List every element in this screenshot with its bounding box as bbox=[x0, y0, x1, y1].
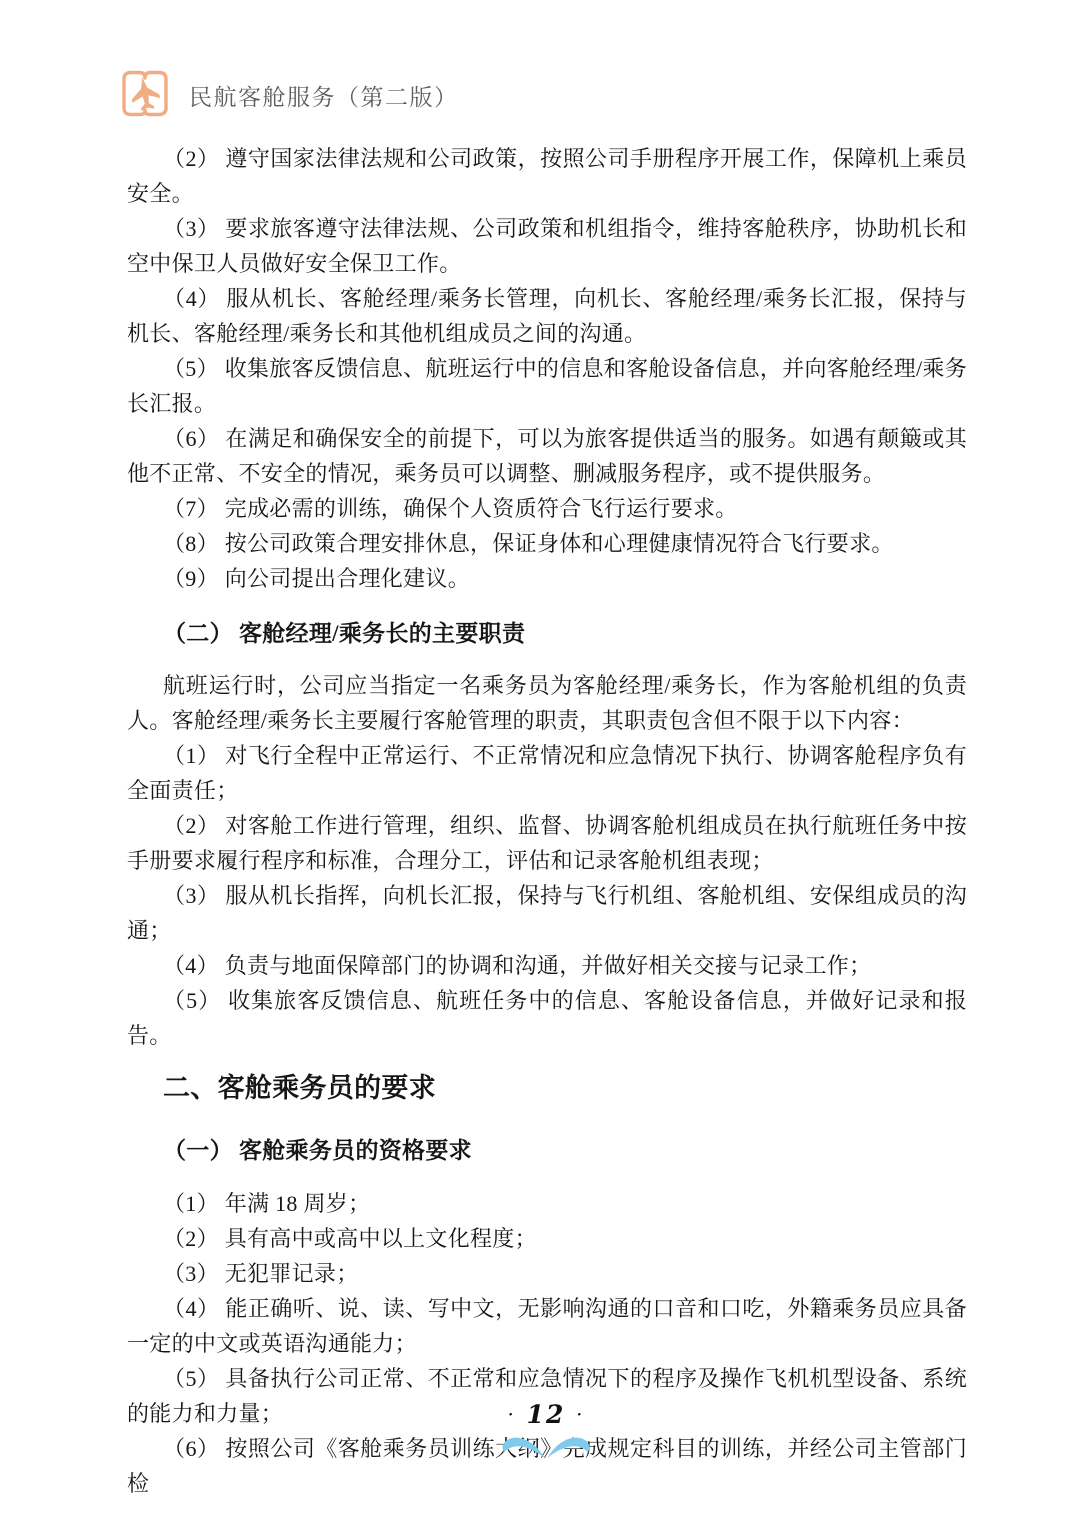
body-paragraph: （6） 在满足和确保安全的前提下，可以为旅客提供适当的服务。如遇有颠簸或其他不正… bbox=[127, 421, 967, 491]
body-paragraph: （5） 收集旅客反馈信息、航班任务中的信息、客舱设备信息，并做好记录和报告。 bbox=[127, 983, 967, 1053]
wing-swoosh-icon bbox=[496, 1430, 596, 1460]
body-paragraph: （3） 无犯罪记录； bbox=[127, 1256, 967, 1291]
footer-ornament bbox=[0, 1430, 1092, 1465]
page-number-right-dot: · bbox=[576, 1402, 584, 1426]
body-paragraph: （9） 向公司提出合理化建议。 bbox=[127, 561, 967, 596]
body-paragraph: （4） 能正确听、说、读、写中文，无影响沟通的口音和口吃，外籍乘务员应具备一定的… bbox=[127, 1291, 967, 1361]
textbook-page: { "header": { "title": "民航客舱服务（第二版）" }, … bbox=[0, 0, 1092, 1535]
page-header: 民航客舱服务（第二版） bbox=[116, 68, 459, 122]
body-paragraph: （1） 年满 18 周岁； bbox=[127, 1186, 967, 1221]
body-paragraph: （5） 收集旅客反馈信息、航班运行中的信息和客舱设备信息，并向客舱经理/乘务长汇… bbox=[127, 351, 967, 421]
page-number-left-dot: · bbox=[508, 1402, 516, 1426]
body-paragraph: （1） 对飞行全程中正常运行、不正常情况和应急情况下执行、协调客舱程序负有全面责… bbox=[127, 738, 967, 808]
body-paragraph: （4） 负责与地面保障部门的协调和沟通，并做好相关交接与记录工作； bbox=[127, 948, 967, 983]
body-paragraph: （2） 遵守国家法律法规和公司政策，按照公司手册程序开展工作，保障机上乘员安全。 bbox=[127, 141, 967, 211]
book-airplane-logo bbox=[116, 68, 174, 122]
body-paragraph: （2） 对客舱工作进行管理，组织、监督、协调客舱机组成员在执行航班任务中按手册要… bbox=[127, 808, 967, 878]
body-paragraph: （8） 按公司政策合理安排休息，保证身体和心理健康情况符合飞行要求。 bbox=[127, 526, 967, 561]
page-footer: · 12 · bbox=[0, 1400, 1092, 1465]
body-paragraph: 航班运行时，公司应当指定一名乘务员为客舱经理/乘务长，作为客舱机组的负责人。客舱… bbox=[127, 668, 967, 738]
body-paragraph: （4） 服从机长、客舱经理/乘务长管理，向机长、客舱经理/乘务长汇报，保持与机长… bbox=[127, 281, 967, 351]
body-paragraph: （3） 要求旅客遵守法律法规、公司政策和机组指令，维持客舱秩序，协助机长和空中保… bbox=[127, 211, 967, 281]
page-number: · 12 · bbox=[0, 1400, 1092, 1429]
body-paragraph: （3） 服从机长指挥，向机长汇报，保持与飞行机组、客舱机组、安保组成员的沟通； bbox=[127, 878, 967, 948]
body-paragraph: （7） 完成必需的训练，确保个人资质符合飞行运行要求。 bbox=[127, 491, 967, 526]
body-paragraph: （2） 具有高中或高中以上文化程度； bbox=[127, 1221, 967, 1256]
book-title: 民航客舱服务（第二版） bbox=[189, 79, 459, 112]
page-body: （2） 遵守国家法律法规和公司政策，按照公司手册程序开展工作，保障机上乘员安全。… bbox=[127, 141, 967, 1501]
subsection-heading: （一） 客舱乘务员的资格要求 bbox=[127, 1133, 967, 1168]
open-book-airplane-icon bbox=[116, 68, 174, 122]
subsection-heading: （二） 客舱经理/乘务长的主要职责 bbox=[127, 616, 967, 651]
section-heading: 二、客舱乘务员的要求 bbox=[127, 1069, 967, 1107]
page-number-value: 12 bbox=[527, 1400, 566, 1429]
airplane-glyph bbox=[128, 75, 161, 112]
